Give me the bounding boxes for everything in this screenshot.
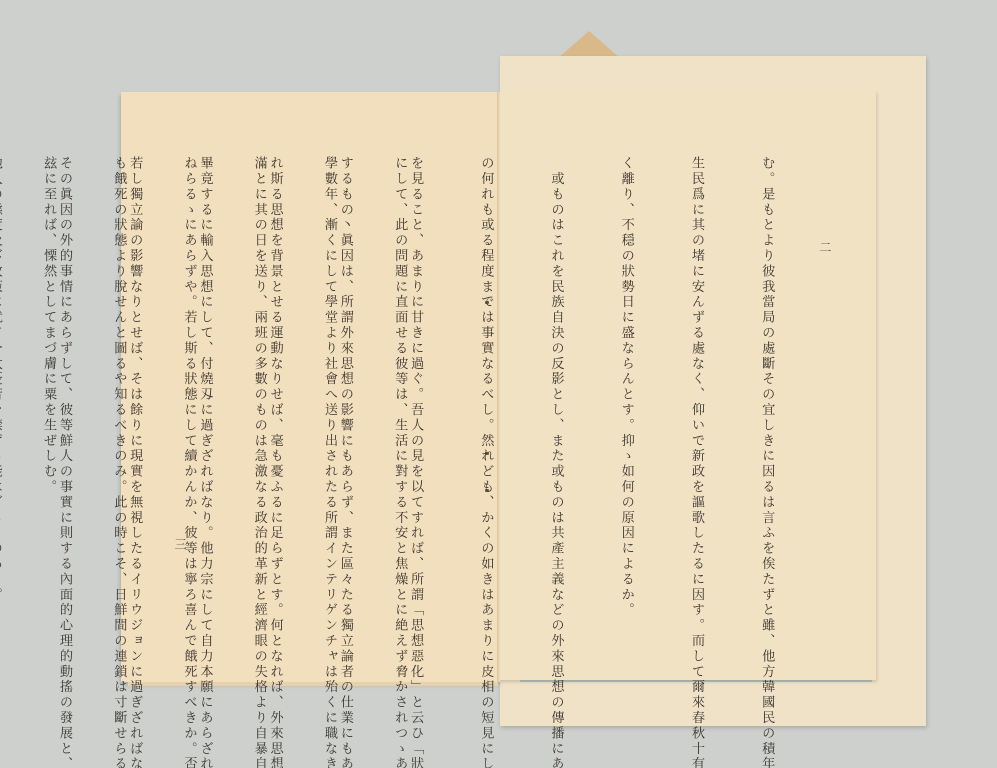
text-column: ねらるゝにあらずや。若し斯る狀態にして續かんか、彼等は寧ろ喜んで餓死すべきか。否… — [177, 156, 200, 626]
page-number: 二 — [817, 241, 834, 253]
text-column: 生民爲に其の堵に安んずる處なく、仰いで新政を謳歌したるに因す。而して爾來春秋十有… — [685, 156, 708, 626]
text-column: も餓死の狀態より脫せんと圖るや知るべきのみ。此の時こそ、日鮮間の連鎖は寸斷せらる… — [107, 156, 130, 626]
text-column: む。是もとより彼我當局の處斷その宜しきに因るは言ふを俟たずと雖、他方韓國民の積年… — [755, 156, 778, 626]
text-column: く離り、不穏の狀勢日に盛ならんとす。抑ゝ如何の原因によるか。 — [614, 156, 637, 626]
text-column: にして、此の問題に直面せる彼等は、生活に對する不安と焦燥とに絶えず脅かされつゝあ… — [388, 156, 411, 626]
text-column: の何れも或る程度までは事實なるべし。然れども、かくの如きはあまりに皮相の短見にし… — [474, 156, 497, 626]
page-number: 三 — [172, 538, 189, 550]
text-column: 學數年、漸くにして學堂より社會へ送り出されたる所謂インテリゲンチャは殆くに職なき… — [318, 156, 341, 626]
torn-paper-tab — [557, 31, 621, 59]
right-page-text: む。是もとより彼我當局の處斷その宜しきに因るは言ふを俟たずと雖、他方韓國民の積年… — [535, 156, 825, 626]
text-column: 玆に至れば、慄然としてまづ膚に粟を生ぜしむ。 — [37, 156, 60, 626]
text-column: 或ものはこれを民族自決の反影とし、また或ものは共產主義などの外來思想の傳播にあり… — [544, 156, 567, 626]
text-column: 滿とに其の日を送り、兩班の多數のものは急激なる政治的革新と經濟眼の失格より自暴自… — [247, 156, 270, 626]
left-page-text: にして、此の問題に直面せる彼等は、生活に對する不安と焦燥とに絶えず脅かされつゝあ… — [168, 156, 458, 626]
